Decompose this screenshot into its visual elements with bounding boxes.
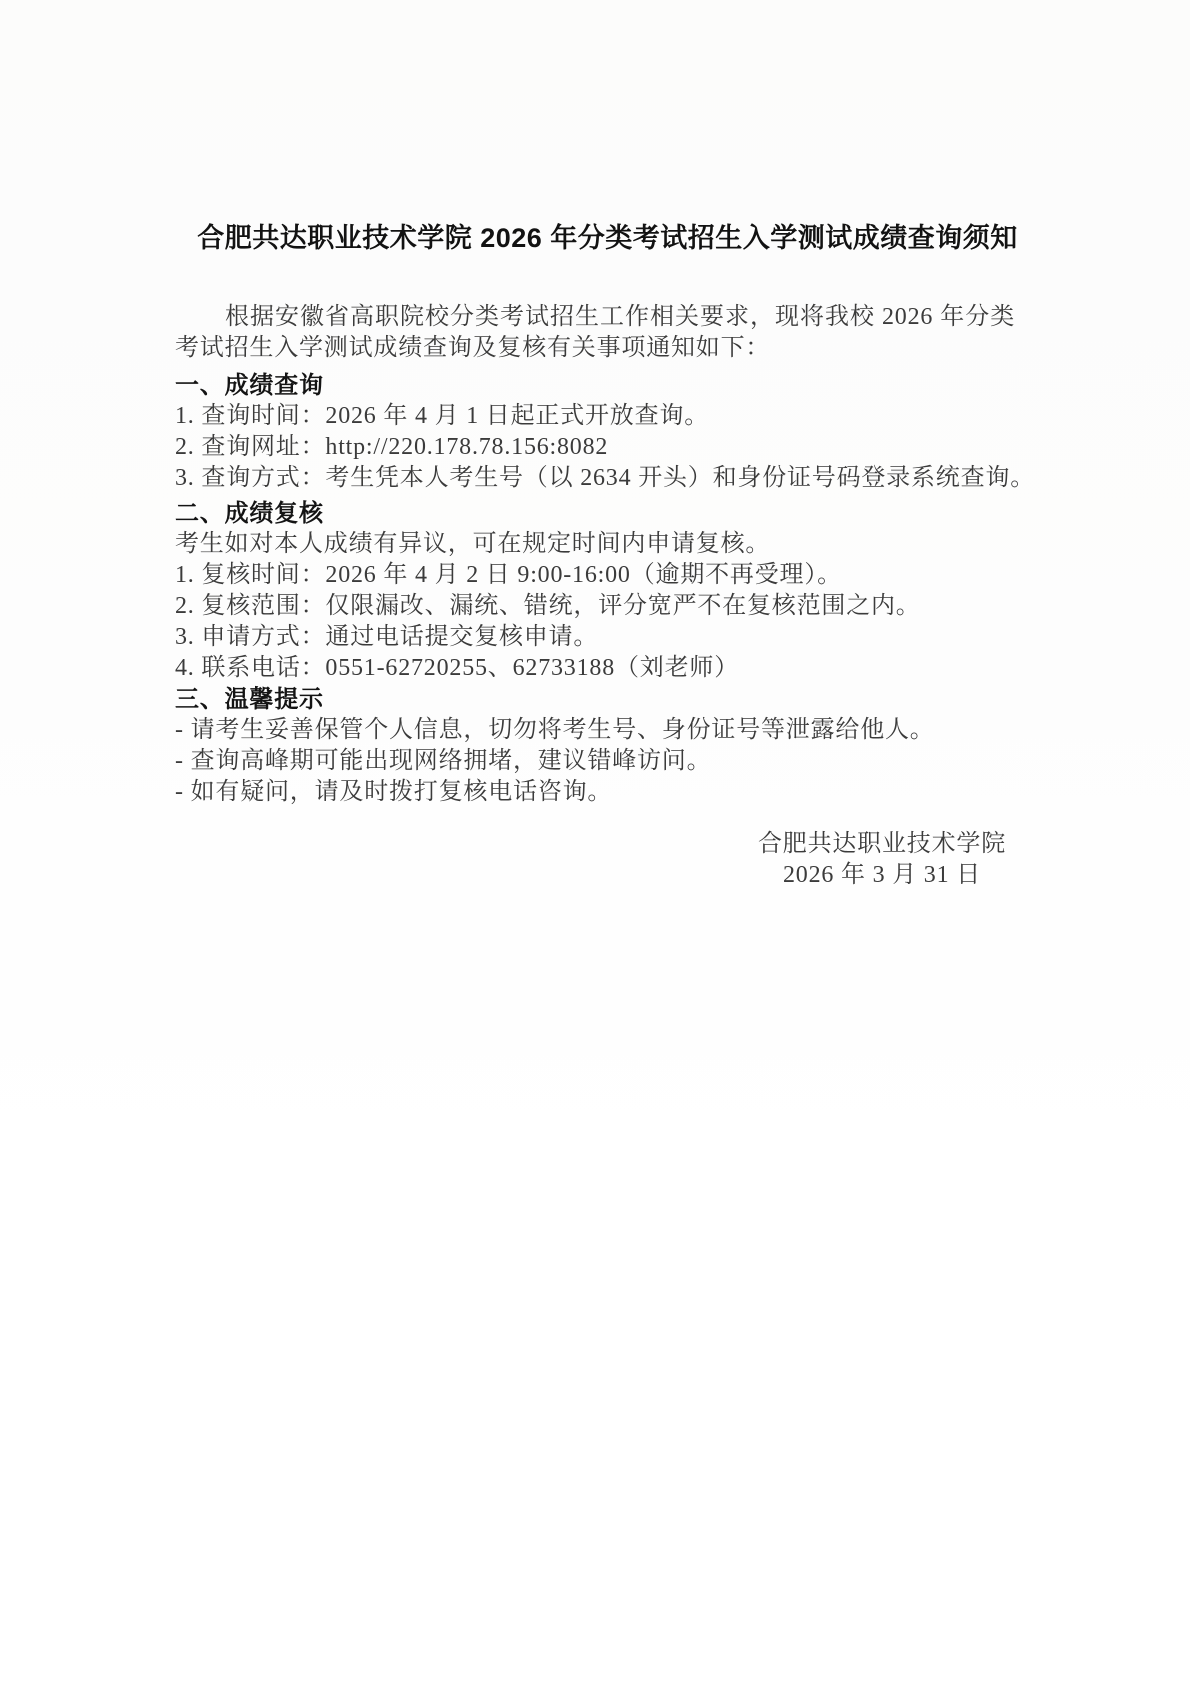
item-review-time: 1. 复核时间：2026 年 4 月 2 日 9:00-16:00（逾期不再受理…: [175, 560, 1015, 591]
section-heading-score-review: 二、成绩复核: [175, 498, 1015, 529]
item-review-scope: 2. 复核范围：仅限漏改、漏统、错统，评分宽严不在复核范围之内。: [175, 591, 1015, 622]
signature-date: 2026 年 3 月 31 日: [682, 860, 1082, 891]
item-query-url: 2. 查询网址：http://220.178.78.156:8082: [175, 432, 1015, 463]
document-title: 合肥共达职业技术学院 2026 年分类考试招生入学测试成绩查询须知: [0, 222, 1190, 254]
document-page: 合肥共达职业技术学院 2026 年分类考试招生入学测试成绩查询须知 根据安徽省高…: [0, 0, 1190, 1682]
intro-paragraph: 根据安徽省高职院校分类考试招生工作相关要求，现将我校 2026 年分类考试招生入…: [175, 302, 1015, 364]
section-heading-score-query: 一、成绩查询: [175, 370, 1015, 401]
document-body: 根据安徽省高职院校分类考试招生工作相关要求，现将我校 2026 年分类考试招生入…: [175, 302, 1015, 891]
signature-org: 合肥共达职业技术学院: [682, 829, 1082, 860]
tip-call-for-questions: - 如有疑问，请及时拨打复核电话咨询。: [175, 777, 1015, 808]
tip-protect-info: - 请考生妥善保管个人信息，切勿将考生号、身份证号等泄露给他人。: [175, 715, 1015, 746]
tip-peak-congestion: - 查询高峰期可能出现网络拥堵，建议错峰访问。: [175, 746, 1015, 777]
item-query-method: 3. 查询方式：考生凭本人考生号（以 2634 开头）和身份证号码登录系统查询。: [175, 463, 1015, 494]
signature-block: 合肥共达职业技术学院 2026 年 3 月 31 日: [682, 829, 1082, 891]
item-review-apply-method: 3. 申请方式：通过电话提交复核申请。: [175, 622, 1015, 653]
section-heading-tips: 三、温馨提示: [175, 684, 1015, 715]
item-contact-phone: 4. 联系电话：0551-62720255、62733188（刘老师）: [175, 653, 1015, 684]
review-note: 考生如对本人成绩有异议，可在规定时间内申请复核。: [175, 529, 1015, 560]
item-query-time: 1. 查询时间：2026 年 4 月 1 日起正式开放查询。: [175, 401, 1015, 432]
